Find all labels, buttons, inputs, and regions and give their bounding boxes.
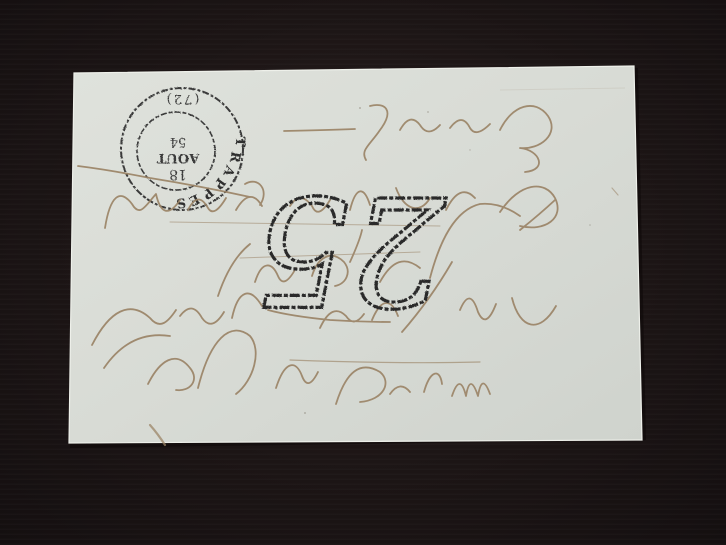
tax-handstamp-25: 25 (255, 162, 447, 336)
postmark-department: (72) (165, 91, 200, 106)
postmark-month: AOUT (156, 150, 200, 165)
postmark-year: 54 (170, 134, 187, 149)
svg-text:T: T (232, 137, 247, 147)
tax-value: 25 (255, 162, 447, 336)
photo-scene: 18 AOUT 54 (72) T R A P P E S (0, 0, 726, 545)
postal-cover: 18 AOUT 54 (72) T R A P P E S (0, 0, 726, 545)
postmark-day: 18 (169, 166, 187, 182)
